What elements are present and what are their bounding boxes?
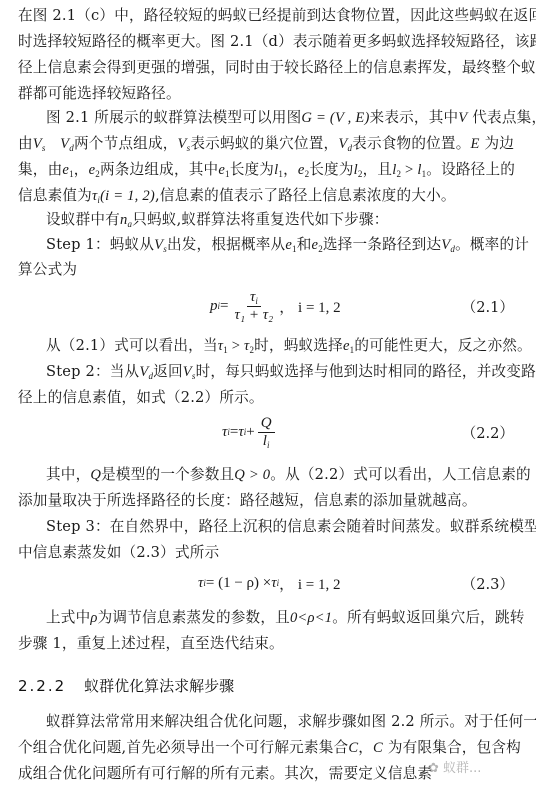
- text-line: 从（2.1）式可以看出，当τ1 > τ2时，蚂蚁选择e1的可能性更大，反之亦然。: [46, 336, 524, 356]
- math-var: V: [154, 237, 163, 253]
- text-line: 由Vs Vd两个节点组成，Vs表示蚂蚁的巢穴位置，Vd表示食物的位置。E 为边: [18, 134, 524, 154]
- text: 。概率的计: [455, 236, 529, 253]
- math-var: V: [178, 136, 187, 152]
- text: 为有限集合，包含构: [388, 739, 521, 756]
- math-expr: 0<ρ<1: [290, 610, 332, 626]
- fraction: τi τ₁ + τ₂: [231, 289, 276, 324]
- section-heading: 2.2.2蚁群优化算法求解步骤: [18, 676, 234, 696]
- math-expr: (i = 1, 2): [100, 188, 155, 204]
- fraction: Q li: [258, 415, 275, 450]
- equation-number: （2.2）: [462, 422, 514, 443]
- text: 设蚁群中有: [46, 211, 120, 228]
- equation-number: （2.3）: [462, 573, 514, 594]
- text-line: 集，由e1，e2两条边组成，其中e1长度为l1，e2长度为l2，且l2 > l1…: [18, 160, 524, 180]
- text: 两条边组成，其中: [100, 161, 218, 178]
- text-line: Step 2：当从Vd返回Vs时，每只蚂蚁选择与他到达时相同的路径，并改变路: [46, 362, 524, 382]
- text: 长度为: [230, 161, 274, 178]
- math-var: ρ: [90, 610, 97, 626]
- math-var: E: [471, 136, 480, 152]
- math-sub: i: [255, 296, 258, 306]
- text: ，: [283, 161, 298, 178]
- text: ，: [358, 739, 373, 756]
- text: 从（2.1）式可以看出，当: [46, 337, 218, 354]
- math-sub: i: [267, 440, 270, 450]
- math-var: τ: [271, 575, 276, 592]
- fraction-numerator: Q: [258, 415, 275, 433]
- text-line: 径上信息素会得到更强的增强，同时由于较长路径上的信息素挥发，最终整个蚁: [18, 58, 524, 78]
- math-var: p: [210, 298, 218, 315]
- math-var: V: [458, 110, 467, 126]
- text: Step 2：当从: [46, 363, 139, 380]
- fraction-numerator: τi: [247, 289, 261, 307]
- text-line: 图 2.1 所展示的蚁群算法模型可以用图G = (V , E)来表示，其中V 代…: [46, 108, 524, 128]
- math-var: e: [343, 338, 350, 354]
- text: 表示蚂蚁的巢穴位置，: [190, 135, 338, 152]
- math-var: V: [33, 136, 42, 152]
- text-line: 时选择较短路径的概率更大。图 2.1（d）表示随着更多蚂蚁选择较短路径，该路: [18, 32, 524, 52]
- text-line: 群都可能选择较短路径。: [18, 84, 524, 104]
- math-graph: G = (V , E): [301, 110, 369, 126]
- text: ,信息素的值表示了路径上信息素浓度的大小。: [155, 187, 456, 204]
- document-page: 在图 2.1（c）中，路径较短的蚂蚁已经提前到达食物位置，因此这些蚂蚁在返回 时…: [0, 0, 536, 789]
- text: 是模型的一个参数且: [101, 466, 234, 483]
- text: 信息素值为: [18, 187, 92, 204]
- math-op: +: [246, 424, 254, 441]
- text: 上式中: [46, 609, 90, 626]
- text-line: Step 1：蚂蚁从Vs出发，根据概率从e1和e2选择一条路径到达Vd。概率的计: [46, 235, 524, 255]
- text-line: 蚁群算法常常用来解决组合优化问题，求解步骤如图 2.2 所示。对于任何一: [46, 712, 524, 732]
- math-var: Q: [90, 467, 101, 483]
- text: 图 2.1 所展示的蚁群算法模型可以用图: [46, 109, 301, 126]
- text: Step 1：蚂蚁从: [46, 236, 154, 253]
- text: 表示食物的位置。: [352, 135, 470, 152]
- text: 时，蚂蚁选择: [254, 337, 343, 354]
- fraction-denominator: τ₁ + τ₂: [231, 307, 276, 324]
- math-expr: = (1 − ρ) ×: [206, 575, 271, 592]
- text: 长度为: [309, 161, 353, 178]
- text-line: 算公式为: [18, 260, 524, 280]
- text: 为边: [484, 135, 514, 152]
- math-var: τ: [238, 424, 243, 441]
- math-sub: s: [42, 143, 46, 153]
- math-expr: Q > 0: [234, 467, 270, 483]
- watermark: ✿ 蚁群...: [428, 757, 481, 776]
- math-var: V: [183, 364, 192, 380]
- text-line: 信息素值为τi(i = 1, 2),信息素的值表示了路径上信息素浓度的大小。: [18, 186, 524, 206]
- math-op: >: [228, 338, 244, 354]
- math-var: C: [348, 740, 358, 756]
- text: 代表点集，: [472, 109, 536, 126]
- equation-2-1: pi = τi τ₁ + τ₂ ， i = 1, 2: [210, 286, 341, 326]
- text: 只蚂蚁,蚁群算法将重复迭代如下步骤：: [132, 211, 388, 228]
- math-var: e: [285, 237, 292, 253]
- section-title: 蚁群优化算法求解步骤: [84, 677, 234, 695]
- text-line: 步骤 1，重复上述过程，直至迭代结束。: [18, 634, 524, 654]
- math-var: C: [373, 740, 383, 756]
- text: 时，每只蚂蚁选择与他到达时相同的路径，并改变路: [196, 363, 536, 380]
- math-expr: ， i = 1, 2: [279, 296, 340, 317]
- section-number: 2.2.2: [18, 677, 66, 695]
- text: 个组合优化问题,首先必须导出一个可行解元素集合: [18, 739, 348, 756]
- math-var: V: [60, 136, 69, 152]
- math-op: =: [220, 298, 228, 315]
- text: 选择一条路径到达: [323, 236, 441, 253]
- text: 。所有蚂蚁返回巢穴后，跳转: [332, 609, 524, 626]
- text: 出发，根据概率从: [167, 236, 285, 253]
- equation-number: （2.1）: [462, 296, 514, 317]
- text-line: 设蚁群中有na只蚂蚁,蚁群算法将重复迭代如下步骤：: [46, 210, 524, 230]
- text: ，且: [363, 161, 393, 178]
- text-line: 在图 2.1（c）中，路径较短的蚂蚁已经提前到达食物位置，因此这些蚂蚁在返回: [18, 6, 524, 26]
- text: 的可能性更大，反之亦然。: [354, 337, 532, 354]
- text: 为调节信息素蒸发的参数，且: [98, 609, 290, 626]
- text-line: 其中，Q是模型的一个参数且Q > 0。从（2.2）式可以看出，人工信息素的: [46, 465, 524, 485]
- text: 。从（2.2）式可以看出，人工信息素的: [270, 466, 531, 483]
- text: ，: [74, 161, 89, 178]
- text: 。设路径上的: [426, 161, 515, 178]
- text: 返回: [153, 363, 183, 380]
- text-line: 上式中ρ为调节信息素蒸发的参数，且0<ρ<1。所有蚂蚁返回巢穴后，跳转: [46, 608, 524, 628]
- text: 两个节点组成，: [74, 135, 178, 152]
- text: 来表示，其中: [370, 109, 459, 126]
- math-op: =: [230, 424, 238, 441]
- text: 其中，: [46, 466, 90, 483]
- text: 和: [297, 236, 312, 253]
- math-expr: ， i = 1, 2: [279, 573, 340, 594]
- equation-2-2: τi = τi + Q li: [222, 412, 278, 452]
- fraction-denominator: li: [260, 433, 273, 450]
- math-var: e: [298, 162, 305, 178]
- text-line: 个组合优化问题,首先必须导出一个可行解元素集合C，C 为有限集合，包含构: [18, 738, 524, 758]
- text-line: 添加量取决于所选择路径的长度：路径越短，信息素的添加量就越高。: [18, 491, 524, 511]
- math-var: e: [218, 162, 225, 178]
- text: 集，由: [18, 161, 62, 178]
- math-op: >: [401, 162, 417, 178]
- text-line: 中信息素蒸发如（2.3）式所示: [18, 543, 524, 563]
- text-line: Step 3：在自然界中，路径上沉积的信息素会随着时间蒸发。蚁群系统模型: [46, 517, 524, 537]
- equation-2-3: τi = (1 − ρ) × τi， i = 1, 2: [198, 563, 341, 603]
- text: 由: [18, 135, 33, 152]
- text-line: 径上的信息素值，如式（2.2）所示。: [18, 388, 524, 408]
